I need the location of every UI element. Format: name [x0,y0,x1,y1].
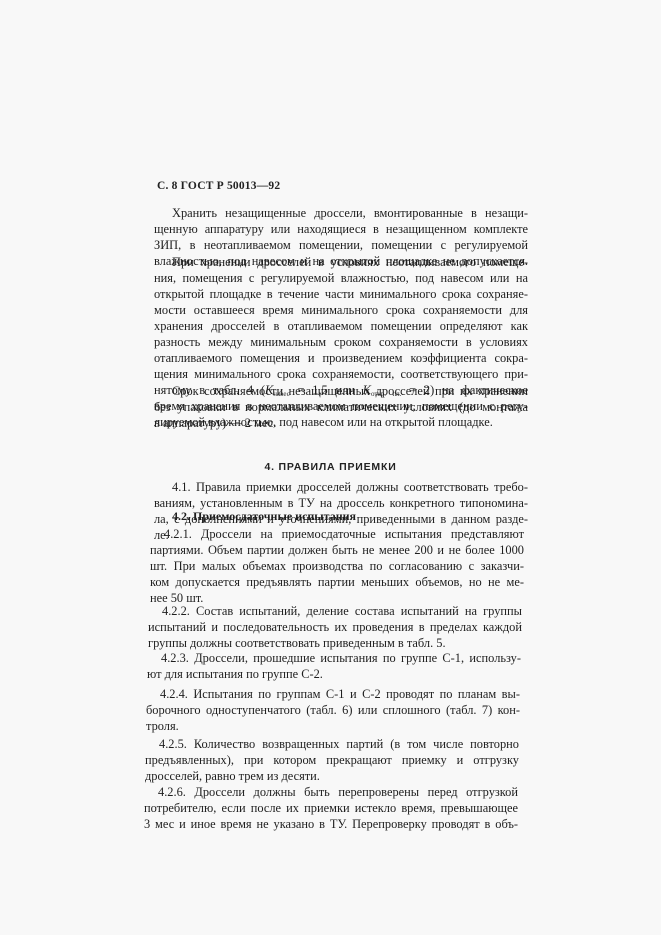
text-line: 4.1. Правила приемки дросселей должны со… [154,479,528,495]
running-head: С. 8 ГОСТ Р 50013—92 [157,180,280,192]
text-line: в аппаратуру) — 2 мес. [154,415,528,431]
text-line: Хранить незащищенные дроссели, вмонтиров… [154,205,528,221]
text-line: 4.2.4. Испытания по группам С-1 и С-2 пр… [146,686,520,702]
text-line: испытаний и последовательность их провед… [148,619,522,635]
text-line: щения минимального срока сохраняемости, … [154,366,528,382]
text-line: без упаковки в нормальных климатических … [154,399,528,415]
text-line: ют для испытания по группе С-2. [147,666,521,682]
text-line: разность между минимальным сроком сохран… [154,334,528,350]
text-line: 4.2.5. Количество возвращенных партий (в… [145,736,519,752]
text-line: партиями. Объем партии должен быть не ме… [150,542,524,558]
text-line: предъявленных), при котором прекращают п… [145,752,519,768]
text-line: дросселей, равно трем из десяти. [145,768,519,784]
subsection-heading: 4.2. Приемосдаточные испытания [154,508,528,524]
section-title: 4. ПРАВИЛА ПРИЕМКИ [0,461,661,473]
text-line: ния, помещения с регулируемой влажностью… [154,270,528,286]
text-line: 4.2.1. Дроссели на приемосдаточные испыт… [150,526,524,542]
text-line: ком допускается предъявлять партии меньш… [150,574,524,590]
text-line: Срок сохраняемости незащищенных дросселе… [154,383,528,399]
text-line: группы должны соответствовать приведенны… [148,635,522,651]
subsection-4-2: 4.2. Приемосдаточные испытания [154,508,528,524]
paragraph-4-2-6: 4.2.6. Дроссели должны быть перепроверен… [144,784,518,832]
text-line: щенную аппаратуру или находящиеся в неза… [154,221,528,237]
text-line: шт. При малых объемах производства по со… [150,558,524,574]
text-line: При хранении дросселей в условиях неотап… [154,254,528,270]
text-line: открытой площадке в течение части минима… [154,286,528,302]
document-page: С. 8 ГОСТ Р 50013—92 Хранить незащищенны… [0,0,661,935]
text-line: 4.2.6. Дроссели должны быть перепроверен… [144,784,518,800]
text-line: троля. [146,718,520,734]
paragraph-4-2-4: 4.2.4. Испытания по группам С-1 и С-2 пр… [146,686,520,734]
text-line: 4.2.2. Состав испытаний, деление состава… [148,603,522,619]
text-line: потребителю, если после их приемки истек… [144,800,518,816]
paragraph-4-2-5: 4.2.5. Количество возвращенных партий (в… [145,736,519,784]
paragraph-4-2-1: 4.2.1. Дроссели на приемосдаточные испыт… [150,526,524,606]
text-line: мости оставшееся время минимального срок… [154,302,528,318]
paragraph-shelf-life: Срок сохраняемости незащищенных дросселе… [154,383,528,431]
text-line: отапливаемого помещения и произведением … [154,350,528,366]
text-line: хранения дросселей в отапливаемом помеще… [154,318,528,334]
paragraph-4-2-2: 4.2.2. Состав испытаний, деление состава… [148,603,522,651]
text-line: борочного одноступенчатого (табл. 6) или… [146,702,520,718]
paragraph-4-2-3: 4.2.3. Дроссели, прошедшие испытания по … [147,650,521,682]
text-line: ЗИП, в неотапливаемом помещении, помещен… [154,237,528,253]
text-line: 4.2.3. Дроссели, прошедшие испытания по … [147,650,521,666]
text-line: 3 мес и иное время не указано в ТУ. Пере… [144,816,518,832]
